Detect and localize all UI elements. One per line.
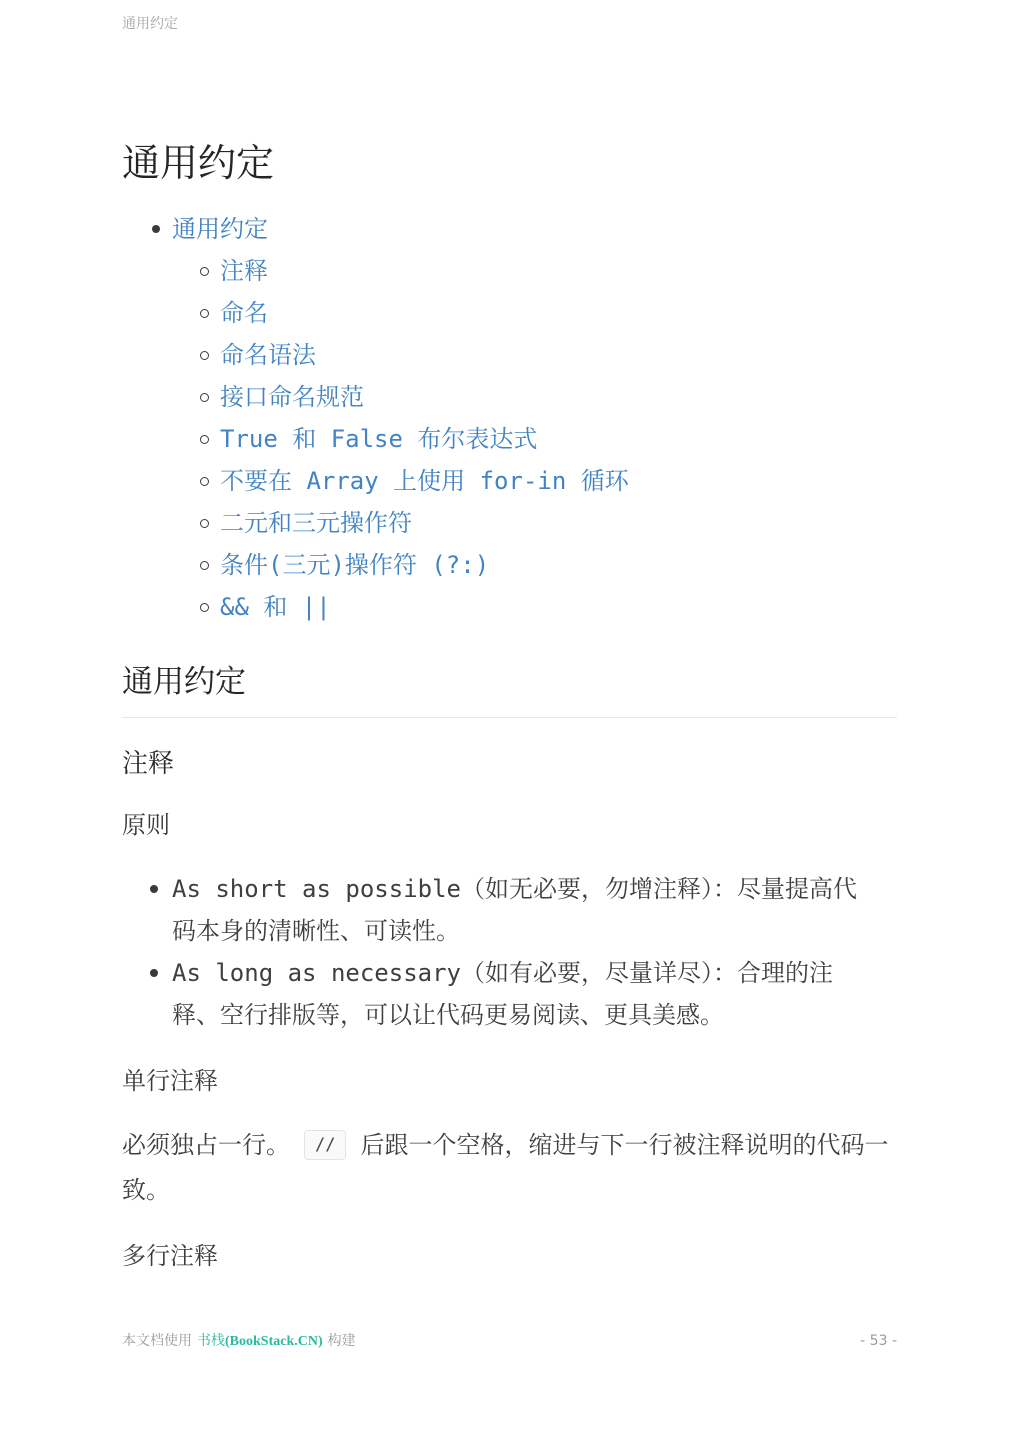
toc-item: 接口命名规范 — [200, 376, 897, 418]
toc-item: 命名 — [200, 292, 897, 334]
footer-build-credit: 本文档使用书栈(BookStack.CN)构建 — [122, 1330, 356, 1350]
toc-item: 不要在 Array 上使用 for-in 循环 — [200, 460, 897, 502]
footer-brand-domain: (BookStack.CN) — [225, 1334, 323, 1349]
toc-link-conditional-operator[interactable]: 条件(三元)操作符 (?:) — [220, 551, 489, 579]
principle-code-phrase: As short as possible — [172, 875, 461, 903]
footer-prefix: 本文档使用 — [122, 1333, 192, 1349]
section-title: 通用约定 — [122, 664, 897, 718]
toc-item: && 和 || — [200, 586, 897, 628]
toc-link-interface-naming[interactable]: 接口命名规范 — [220, 383, 364, 411]
principle-item-short: As short as possible（如无必要，勿增注释）：尽量提高代码本身… — [150, 868, 867, 952]
inline-code-slashes: // — [304, 1130, 346, 1160]
footer-suffix: 构建 — [328, 1333, 356, 1349]
toc-link-naming-syntax[interactable]: 命名语法 — [220, 341, 316, 369]
footer-brand-cjk: 书栈 — [197, 1333, 225, 1349]
subsection-title-comments: 注释 — [122, 748, 897, 780]
toc-link-comments[interactable]: 注释 — [220, 257, 268, 285]
toc-link-for-in[interactable]: 不要在 Array 上使用 for-in 循环 — [220, 467, 629, 495]
toc-item: True 和 False 布尔表达式 — [200, 418, 897, 460]
toc-item-root: 通用约定 注释 命名 命名语法 接口命名规范 True 和 False 布尔表达… — [152, 208, 897, 628]
heading-multi-line-comment: 多行注释 — [122, 1241, 897, 1271]
heading-principles: 原则 — [122, 810, 897, 840]
page-footer: 本文档使用书栈(BookStack.CN)构建 - 53 - — [122, 1330, 897, 1350]
toc-item: 注释 — [200, 250, 897, 292]
single-line-comment-paragraph: 必须独占一行。//后跟一个空格，缩进与下一行被注释说明的代码一致。 — [122, 1124, 897, 1211]
toc-item: 命名语法 — [200, 334, 897, 376]
document-body: 通用约定 通用约定 注释 命名 命名语法 接口命名规范 True 和 False… — [122, 0, 897, 1271]
toc-link-root[interactable]: 通用约定 — [172, 215, 268, 243]
toc-link-and-or[interactable]: && 和 || — [220, 593, 331, 621]
toc-item: 二元和三元操作符 — [200, 502, 897, 544]
principles-list: As short as possible（如无必要，勿增注释）：尽量提高代码本身… — [122, 868, 897, 1036]
table-of-contents: 通用约定 注释 命名 命名语法 接口命名规范 True 和 False 布尔表达… — [122, 208, 897, 628]
toc-link-naming[interactable]: 命名 — [220, 299, 268, 327]
footer-page-number: - 53 - — [860, 1333, 897, 1349]
paragraph-text-before: 必须独占一行。 — [122, 1131, 290, 1159]
page-title: 通用约定 — [122, 141, 897, 185]
toc-item: 条件(三元)操作符 (?:) — [200, 544, 897, 586]
principle-item-long: As long as necessary（如有必要，尽量详尽）：合理的注释、空行… — [150, 952, 867, 1036]
footer-brand-link[interactable]: 书栈(BookStack.CN) — [197, 1333, 323, 1349]
principle-code-phrase: As long as necessary — [172, 959, 461, 987]
toc-link-true-false[interactable]: True 和 False 布尔表达式 — [220, 425, 537, 453]
toc-link-binary-ternary[interactable]: 二元和三元操作符 — [220, 509, 412, 537]
heading-single-line-comment: 单行注释 — [122, 1066, 897, 1096]
table-of-contents-sub: 注释 命名 命名语法 接口命名规范 True 和 False 布尔表达式 不要在… — [172, 250, 897, 628]
